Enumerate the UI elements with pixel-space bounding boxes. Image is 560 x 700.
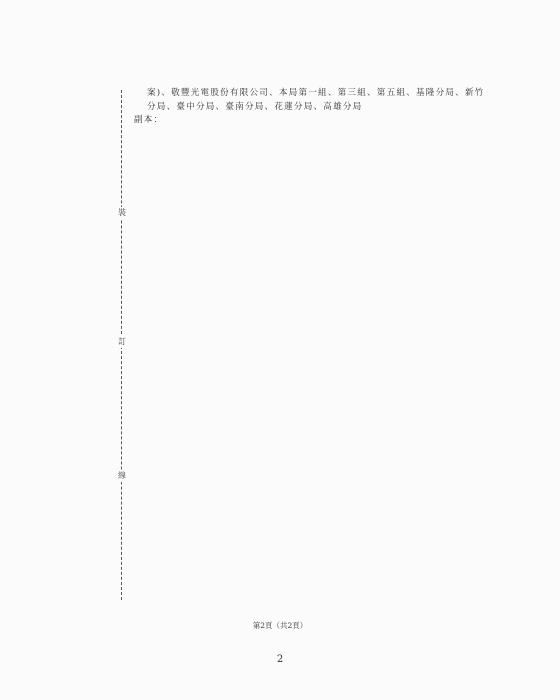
document-page: 裝 訂 線 案)、敬豐光電股份有限公司、本局第一組、第三組、第五組、基隆分局、新… [0,0,560,700]
binding-char-xian: 線 [116,470,128,482]
binding-char-ding: 訂 [116,336,128,348]
copy-to-label: 副本： [134,113,163,125]
recipient-line-2: 分局、臺中分局、臺南分局、花蓮分局、高雄分局 [147,100,362,112]
page-count-label: 第2頁（共2頁） [0,620,560,631]
recipient-line-1: 案)、敬豐光電股份有限公司、本局第一組、第三組、第五組、基隆分局、新竹 [147,86,485,98]
page-number: 2 [0,654,560,665]
binding-char-zhuang: 裝 [116,207,128,219]
